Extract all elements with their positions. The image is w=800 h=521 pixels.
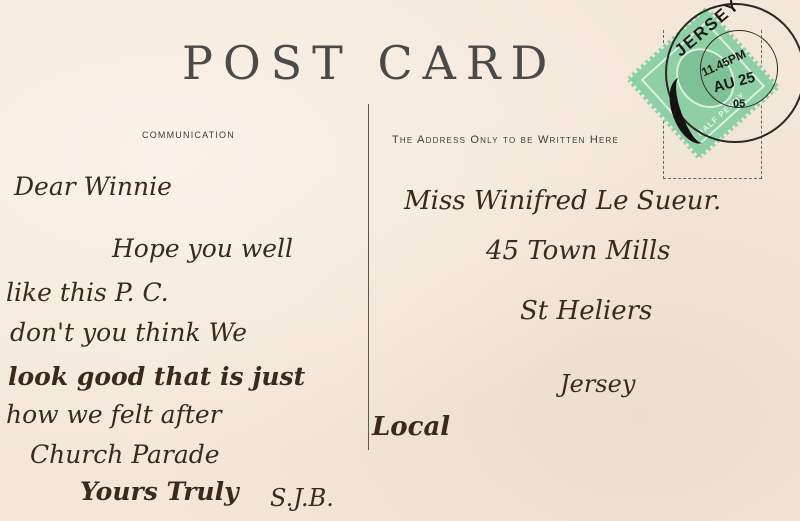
message-line: Hope you well <box>112 234 293 263</box>
address-local: Local <box>372 412 450 442</box>
postmark-year: 05 <box>733 98 745 110</box>
address-island: Jersey <box>560 370 635 398</box>
message-line: Church Parade <box>30 440 220 469</box>
center-divider <box>368 104 369 450</box>
message-signoff: Yours Truly <box>80 477 239 506</box>
message-line: how we felt after <box>6 400 222 429</box>
postcard-back: POST CARD Communication The Address Only… <box>0 0 800 521</box>
message-line: don't you think We <box>10 318 247 347</box>
message-line: look good that is just <box>8 362 305 391</box>
address-label: The Address Only to be Written Here <box>392 134 619 146</box>
communication-label: Communication <box>142 130 235 140</box>
message-greeting: Dear Winnie <box>14 172 172 201</box>
address-street: 45 Town Mills <box>486 236 671 266</box>
postcard-title: POST CARD <box>182 36 557 90</box>
address-recipient: Miss Winifred Le Sueur. <box>404 186 721 216</box>
message-line: like this P. C. <box>6 278 169 307</box>
address-town: St Heliers <box>520 296 652 326</box>
message-signature: S.J.B. <box>270 484 334 512</box>
